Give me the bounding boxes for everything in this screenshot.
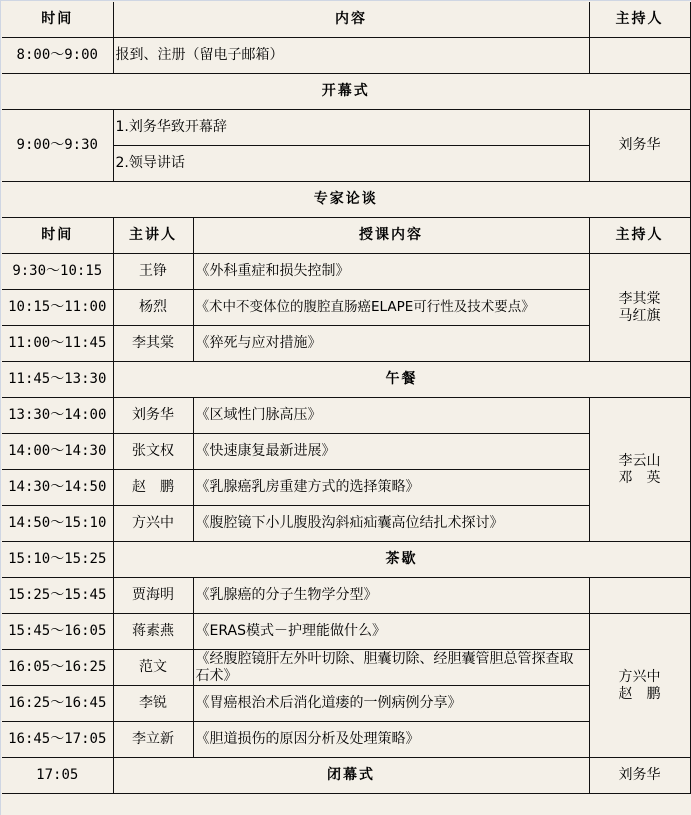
time-cell: 15:45～16:05 xyxy=(2,614,113,650)
lunch-row: 11:45～13:30 午餐 xyxy=(2,362,690,398)
time-cell: 15:25～15:45 xyxy=(2,578,113,614)
host-cell: 刘务华 xyxy=(589,758,690,794)
speaker-cell: 赵 鹏 xyxy=(113,470,193,506)
table-row: 11:00～11:45 李其棠 《猝死与应对措施》 xyxy=(2,326,690,362)
speaker-cell: 李其棠 xyxy=(113,326,193,362)
break-label-lunch: 午餐 xyxy=(113,362,690,398)
table-row: 13:30～14:00 刘务华 《区域性门脉高压》 李云山 邓 英 xyxy=(2,398,690,434)
tea-break-row: 15:10～15:25 茶歇 xyxy=(2,542,690,578)
table-row: 15:25～15:45 贾海明 《乳腺癌的分子生物学分型》 xyxy=(2,578,690,614)
time-cell: 9:30～10:15 xyxy=(2,254,113,290)
host-cell: 刘务华 xyxy=(589,110,690,182)
host-cell xyxy=(589,38,690,74)
topic-cell: 《区域性门脉高压》 xyxy=(193,398,589,434)
speaker-cell: 李立新 xyxy=(113,722,193,758)
time-cell: 10:15～11:00 xyxy=(2,290,113,326)
topic-cell: 《外科重症和损失控制》 xyxy=(193,254,589,290)
header-time: 时间 xyxy=(2,2,113,38)
section-title-opening: 开幕式 xyxy=(2,74,690,110)
topic-cell: 《术中不变体位的腹腔直肠癌ELAPE可行性及技术要点》 xyxy=(193,290,589,326)
table-row: 16:45～17:05 李立新 《胆道损伤的原因分析及处理策略》 xyxy=(2,722,690,758)
speaker-cell: 王铮 xyxy=(113,254,193,290)
table-row: 10:15～11:00 杨烈 《术中不变体位的腹腔直肠癌ELAPE可行性及技术要… xyxy=(2,290,690,326)
closing-label: 闭幕式 xyxy=(113,758,589,794)
opening-item: 1.刘务华致开幕辞 xyxy=(113,110,589,146)
table-row: 14:30～14:50 赵 鹏 《乳腺癌乳房重建方式的选择策略》 xyxy=(2,470,690,506)
host-cell: 方兴中 赵 鹏 xyxy=(589,614,690,758)
table-row: 14:50～15:10 方兴中 《腹腔镜下小儿腹股沟斜疝疝囊高位结扎术探讨》 xyxy=(2,506,690,542)
time-cell: 11:00～11:45 xyxy=(2,326,113,362)
speaker-cell: 贾海明 xyxy=(113,578,193,614)
table-row: 16:05～16:25 范文 《经腹腔镜肝左外叶切除、胆囊切除、经胆囊管胆总管探… xyxy=(2,650,690,686)
speaker-cell: 杨烈 xyxy=(113,290,193,326)
sub-header-speaker: 主讲人 xyxy=(113,218,193,254)
topic-cell: 《经腹腔镜肝左外叶切除、胆囊切除、经胆囊管胆总管探查取石术》 xyxy=(193,650,589,686)
header-content: 内容 xyxy=(113,2,589,38)
break-label-tea: 茶歇 xyxy=(113,542,690,578)
sub-header-host: 主持人 xyxy=(589,218,690,254)
time-cell: 15:10～15:25 xyxy=(2,542,113,578)
speaker-cell: 范文 xyxy=(113,650,193,686)
section-row-expert: 专家论谈 xyxy=(2,182,690,218)
time-cell: 14:50～15:10 xyxy=(2,506,113,542)
time-cell: 14:30～14:50 xyxy=(2,470,113,506)
topic-cell: 《胃癌根治术后消化道瘘的一例病例分享》 xyxy=(193,686,589,722)
time-cell: 13:30～14:00 xyxy=(2,398,113,434)
content-cell: 报到、注册（留电子邮箱） xyxy=(113,38,589,74)
section-row-opening: 开幕式 xyxy=(2,74,690,110)
agenda-document: 时间 内容 主持人 8:00～9:00 报到、注册（留电子邮箱） 开幕式 9:0… xyxy=(0,0,691,815)
topic-cell: 《乳腺癌的分子生物学分型》 xyxy=(193,578,589,614)
topic-cell: 《猝死与应对措施》 xyxy=(193,326,589,362)
opening-row-1: 9:00～9:30 1.刘务华致开幕辞 刘务华 xyxy=(2,110,690,146)
table-row: 9:30～10:15 王铮 《外科重症和损失控制》 李其棠 马红旗 xyxy=(2,254,690,290)
header-host: 主持人 xyxy=(589,2,690,38)
closing-row: 17:05 闭幕式 刘务华 xyxy=(2,758,690,794)
table-row: 15:45～16:05 蒋素燕 《ERAS模式－护理能做什么》 方兴中 赵 鹏 xyxy=(2,614,690,650)
topic-cell: 《胆道损伤的原因分析及处理策略》 xyxy=(193,722,589,758)
sub-header-topic: 授课内容 xyxy=(193,218,589,254)
header-row: 时间 内容 主持人 xyxy=(2,2,690,38)
host-cell: 李其棠 马红旗 xyxy=(589,254,690,362)
time-cell: 16:25～16:45 xyxy=(2,686,113,722)
speaker-cell: 张文权 xyxy=(113,434,193,470)
host-cell: 李云山 邓 英 xyxy=(589,398,690,542)
speaker-cell: 方兴中 xyxy=(113,506,193,542)
sub-header-row: 时间 主讲人 授课内容 主持人 xyxy=(2,218,690,254)
speaker-cell: 李锐 xyxy=(113,686,193,722)
topic-cell: 《乳腺癌乳房重建方式的选择策略》 xyxy=(193,470,589,506)
speaker-cell: 蒋素燕 xyxy=(113,614,193,650)
registration-row: 8:00～9:00 报到、注册（留电子邮箱） xyxy=(2,38,690,74)
speaker-cell: 刘务华 xyxy=(113,398,193,434)
section-title-expert: 专家论谈 xyxy=(2,182,690,218)
agenda-table: 时间 内容 主持人 8:00～9:00 报到、注册（留电子邮箱） 开幕式 9:0… xyxy=(2,2,691,794)
sub-header-time: 时间 xyxy=(2,218,113,254)
time-cell: 16:05～16:25 xyxy=(2,650,113,686)
time-cell: 8:00～9:00 xyxy=(2,38,113,74)
topic-cell: 《ERAS模式－护理能做什么》 xyxy=(193,614,589,650)
time-cell: 16:45～17:05 xyxy=(2,722,113,758)
topic-cell: 《快速康复最新进展》 xyxy=(193,434,589,470)
topic-cell: 《腹腔镜下小儿腹股沟斜疝疝囊高位结扎术探讨》 xyxy=(193,506,589,542)
time-cell: 14:00～14:30 xyxy=(2,434,113,470)
opening-item: 2.领导讲话 xyxy=(113,146,589,182)
time-cell: 11:45～13:30 xyxy=(2,362,113,398)
time-cell: 17:05 xyxy=(2,758,113,794)
table-row: 14:00～14:30 张文权 《快速康复最新进展》 xyxy=(2,434,690,470)
host-cell xyxy=(589,578,690,614)
time-cell: 9:00～9:30 xyxy=(2,110,113,182)
table-row: 16:25～16:45 李锐 《胃癌根治术后消化道瘘的一例病例分享》 xyxy=(2,686,690,722)
